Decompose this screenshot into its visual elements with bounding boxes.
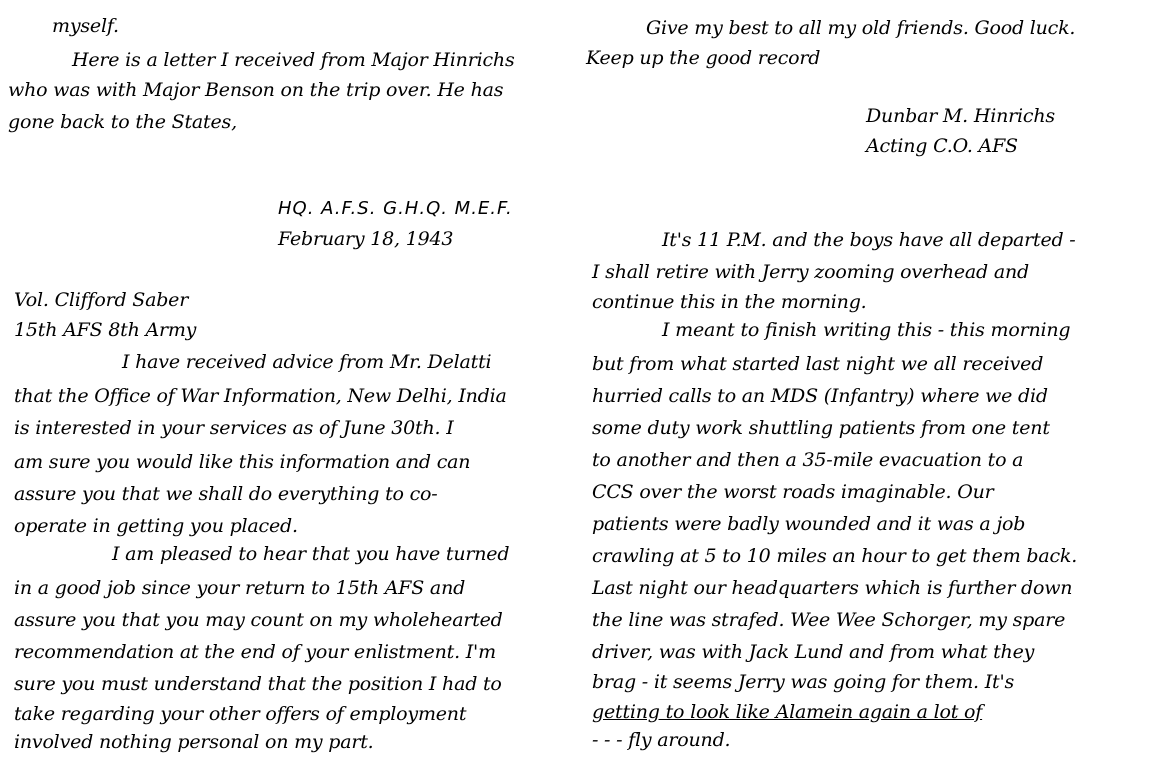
right-column: Give my best to all my old friends. Good… (576, 0, 1152, 768)
letter-page: myself. Here is a letter I received from… (0, 0, 1152, 768)
postscript-line: brag - it seems Jerry was going for them… (592, 670, 1014, 694)
body-line: I have received advice from Mr. Delatti (122, 350, 491, 374)
postscript-line: patients were badly wounded and it was a… (592, 512, 1025, 536)
postscript-line: some duty work shuttling patients from o… (592, 416, 1050, 440)
body-line: sure you must understand that the positi… (14, 672, 502, 696)
postscript-line: I shall retire with Jerry zooming overhe… (592, 260, 1029, 284)
body-line: assure you that we shall do everything t… (14, 482, 438, 506)
postscript-line: - - - fly around. (592, 728, 730, 752)
letterhead-organization: HQ. A.F.S. G.H.Q. M.E.F. (278, 197, 513, 221)
body-line: that the Office of War Information, New … (14, 384, 507, 408)
continuation-line: Here is a letter I received from Major H… (72, 48, 515, 72)
addressee-unit: 15th AFS 8th Army (14, 318, 196, 342)
body-line: operate in getting you placed. (14, 514, 298, 538)
continuation-line: who was with Major Benson on the trip ov… (8, 78, 503, 102)
postscript-line: driver, was with Jack Lund and from what… (592, 640, 1034, 664)
postscript-line: hurried calls to an MDS (Infantry) where… (592, 384, 1048, 408)
body-line: recommendation at the end of your enlist… (14, 640, 496, 664)
signature-title: Acting C.O. AFS (866, 134, 1018, 158)
postscript-line: but from what started last night we all … (592, 352, 1043, 376)
continuation-line: gone back to the States, (8, 110, 237, 134)
body-line: is interested in your services as of Jun… (14, 416, 454, 440)
postscript-line: CCS over the worst roads imaginable. Our (592, 480, 994, 504)
body-line: take regarding your other offers of empl… (14, 702, 466, 726)
body-line: in a good job since your return to 15th … (14, 576, 465, 600)
postscript-line: getting to look like Alamein again a lot… (592, 700, 982, 724)
closing-line: Keep up the good record (586, 46, 820, 70)
postscript-line: continue this in the morning. (592, 290, 867, 314)
postscript-line: Last night our headquarters which is fur… (592, 576, 1072, 600)
left-column: myself. Here is a letter I received from… (0, 0, 576, 768)
signature-name: Dunbar M. Hinrichs (866, 104, 1055, 128)
letter-date: February 18, 1943 (278, 227, 453, 251)
closing-line: Give my best to all my old friends. Good… (646, 16, 1075, 40)
continuation-line: myself. (52, 14, 119, 38)
postscript-line: to another and then a 35-mile evacuation… (592, 448, 1023, 472)
body-line: assure you that you may count on my whol… (14, 608, 503, 632)
addressee-name: Vol. Clifford Saber (14, 288, 188, 312)
body-line: involved nothing personal on my part. (14, 730, 374, 754)
postscript-line: It's 11 P.M. and the boys have all depar… (662, 228, 1076, 252)
body-line: I am pleased to hear that you have turne… (112, 542, 509, 566)
body-line: am sure you would like this information … (14, 450, 470, 474)
postscript-line: crawling at 5 to 10 miles an hour to get… (592, 544, 1077, 568)
postscript-line: the line was strafed. Wee Wee Schorger, … (592, 608, 1065, 632)
postscript-line: I meant to finish writing this - this mo… (662, 318, 1070, 342)
